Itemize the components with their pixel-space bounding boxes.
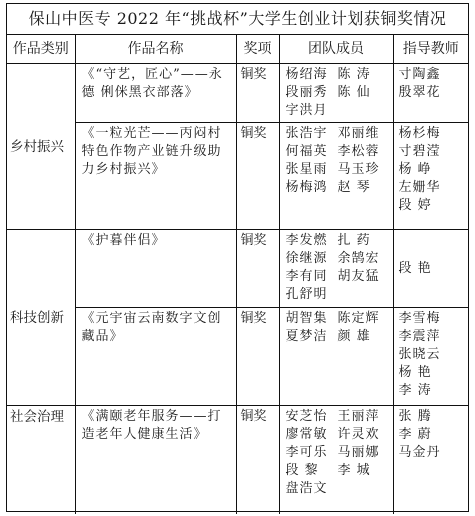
- advisor-name: 李 蔚: [399, 426, 466, 444]
- team-members-cell: 安芝怡王丽萍 廖常敏许灵欢 李可乐马丽娜 段 黎李 城 盘浩文: [279, 406, 393, 514]
- member-name: 李 城: [338, 462, 390, 480]
- award-cell: 铜奖: [236, 123, 279, 230]
- project-name-cell: 《一粒光芒——丙闷村特色作物产业链升级助力乡村振兴》: [75, 123, 236, 230]
- advisors-cell: 张 腾 李 蔚 马金丹: [393, 406, 468, 514]
- advisor-name: 杨 艳: [399, 364, 466, 382]
- member-name: 安芝怡: [286, 408, 338, 426]
- advisors-cell: 李雪梅 李震萍 张晓云 杨 艳 李 涛: [393, 308, 468, 406]
- project-name-cell: 《“守艺，匠心”——永德 俐侎黑衣部落》: [75, 64, 236, 123]
- member-name: 段 黎: [286, 462, 338, 480]
- member-name: 廖常敏: [286, 426, 338, 444]
- award-cell: 铜奖: [236, 230, 279, 308]
- table-row: 《元宇宙云南数字文创藏品》 铜奖 胡智集陈定辉 夏梦洁颜 雄 李雪梅 李震萍 张…: [7, 308, 468, 406]
- advisor-name: 杨 峥: [399, 161, 466, 179]
- member-name: 何福英: [286, 143, 338, 161]
- member-name: 胡智集: [286, 310, 338, 328]
- member-name: 李有同: [286, 268, 338, 286]
- advisor-name: 寸碧滢: [399, 143, 466, 161]
- member-name: 胡友猛: [338, 268, 390, 286]
- advisor-name: 李震萍: [399, 328, 466, 346]
- category-cell: 科技创新: [7, 230, 75, 406]
- award-table: 作品类别 作品名称 奖项 团队成员 指导教师 乡村振兴 《“守艺，匠心”——永德…: [7, 34, 468, 514]
- member-name: 杨绍海: [286, 66, 338, 84]
- advisor-name: 段 婷: [399, 197, 466, 215]
- advisor-name: 杨杉梅: [399, 125, 466, 143]
- team-members-cell: 杨绍海陈 涛 段丽秀陈 仙 字洪月: [279, 64, 393, 123]
- member-name: 王丽萍: [338, 408, 390, 426]
- member-name: 徐继源: [286, 250, 338, 268]
- advisor-name: 马金丹: [399, 444, 466, 462]
- header-advisors: 指导教师: [393, 35, 468, 64]
- member-name: 字洪月: [286, 102, 342, 120]
- member-name: 颜 雄: [338, 328, 390, 346]
- member-name: 夏梦洁: [286, 328, 338, 346]
- project-name-cell: 《满颐老年服务——打造老年人健康生活》: [75, 406, 236, 514]
- advisor-name: 段 艳: [399, 260, 466, 278]
- table-header-row: 作品类别 作品名称 奖项 团队成员 指导教师: [7, 35, 468, 64]
- table-row: 乡村振兴 《“守艺，匠心”——永德 俐侎黑衣部落》 铜奖 杨绍海陈 涛 段丽秀陈…: [7, 64, 468, 123]
- member-name: 余鹄宏: [338, 250, 390, 268]
- member-name: 马丽娜: [338, 444, 390, 462]
- header-team-members: 团队成员: [279, 35, 393, 64]
- member-name: 扎 药: [338, 232, 390, 250]
- award-table-document: 保山中医专 2022 年“挑战杯”大学生创业计划获铜奖情况 作品类别 作品名称 …: [6, 3, 469, 512]
- advisor-name: 寸陶鑫: [399, 66, 466, 84]
- category-cell: 乡村振兴: [7, 64, 75, 230]
- member-name: 许灵欢: [338, 426, 390, 444]
- member-name: 段丽秀: [286, 84, 338, 102]
- member-name: 陈定辉: [338, 310, 390, 328]
- team-members-cell: 胡智集陈定辉 夏梦洁颜 雄: [279, 308, 393, 406]
- advisor-name: 左姗华: [399, 179, 466, 197]
- member-name: 李松蓉: [338, 143, 390, 161]
- advisors-cell: 寸陶鑫 殷翠花: [393, 64, 468, 123]
- member-name: 马玉珍: [338, 161, 390, 179]
- advisor-name: 张 腾: [399, 408, 466, 426]
- advisors-cell: 段 艳: [393, 230, 468, 308]
- member-name: 李发燃: [286, 232, 338, 250]
- header-award: 奖项: [236, 35, 279, 64]
- advisor-name: 李 涛: [399, 382, 466, 400]
- award-cell: 铜奖: [236, 64, 279, 123]
- project-name-cell: 《护暮伴侣》: [75, 230, 236, 308]
- member-name: 张星雨: [286, 161, 338, 179]
- member-name: 杨梅鸿: [286, 179, 338, 197]
- header-category: 作品类别: [7, 35, 75, 64]
- table-row: 社会治理 《满颐老年服务——打造老年人健康生活》 铜奖 安芝怡王丽萍 廖常敏许灵…: [7, 406, 468, 514]
- advisors-cell: 杨杉梅 寸碧滢 杨 峥 左姗华 段 婷: [393, 123, 468, 230]
- table-row: 《一粒光芒——丙闷村特色作物产业链升级助力乡村振兴》 铜奖 张浩宇邓丽维 何福英…: [7, 123, 468, 230]
- member-name: 盘浩文: [286, 480, 342, 498]
- member-name: 陈 涛: [338, 66, 390, 84]
- member-name: 赵 琴: [338, 179, 390, 197]
- team-members-cell: 李发燃扎 药 徐继源余鹄宏 李有同胡友猛 孔舒明: [279, 230, 393, 308]
- team-members-cell: 张浩宇邓丽维 何福英李松蓉 张星雨马玉珍 杨梅鸿赵 琴: [279, 123, 393, 230]
- member-name: 李可乐: [286, 444, 338, 462]
- member-name: 陈 仙: [338, 84, 390, 102]
- table-row: 科技创新 《护暮伴侣》 铜奖 李发燃扎 药 徐继源余鹄宏 李有同胡友猛 孔舒明 …: [7, 230, 468, 308]
- member-name: 孔舒明: [286, 286, 342, 304]
- header-project-name: 作品名称: [75, 35, 236, 64]
- award-cell: 铜奖: [236, 308, 279, 406]
- advisor-name: 张晓云: [399, 346, 466, 364]
- award-cell: 铜奖: [236, 406, 279, 514]
- project-name-cell: 《元宇宙云南数字文创藏品》: [75, 308, 236, 406]
- advisor-name: 李雪梅: [399, 310, 466, 328]
- member-name: 张浩宇: [286, 125, 338, 143]
- advisor-name: 殷翠花: [399, 84, 466, 102]
- document-title: 保山中医专 2022 年“挑战杯”大学生创业计划获铜奖情况: [7, 4, 468, 35]
- member-name: 邓丽维: [338, 125, 390, 143]
- category-cell: 社会治理: [7, 406, 75, 514]
